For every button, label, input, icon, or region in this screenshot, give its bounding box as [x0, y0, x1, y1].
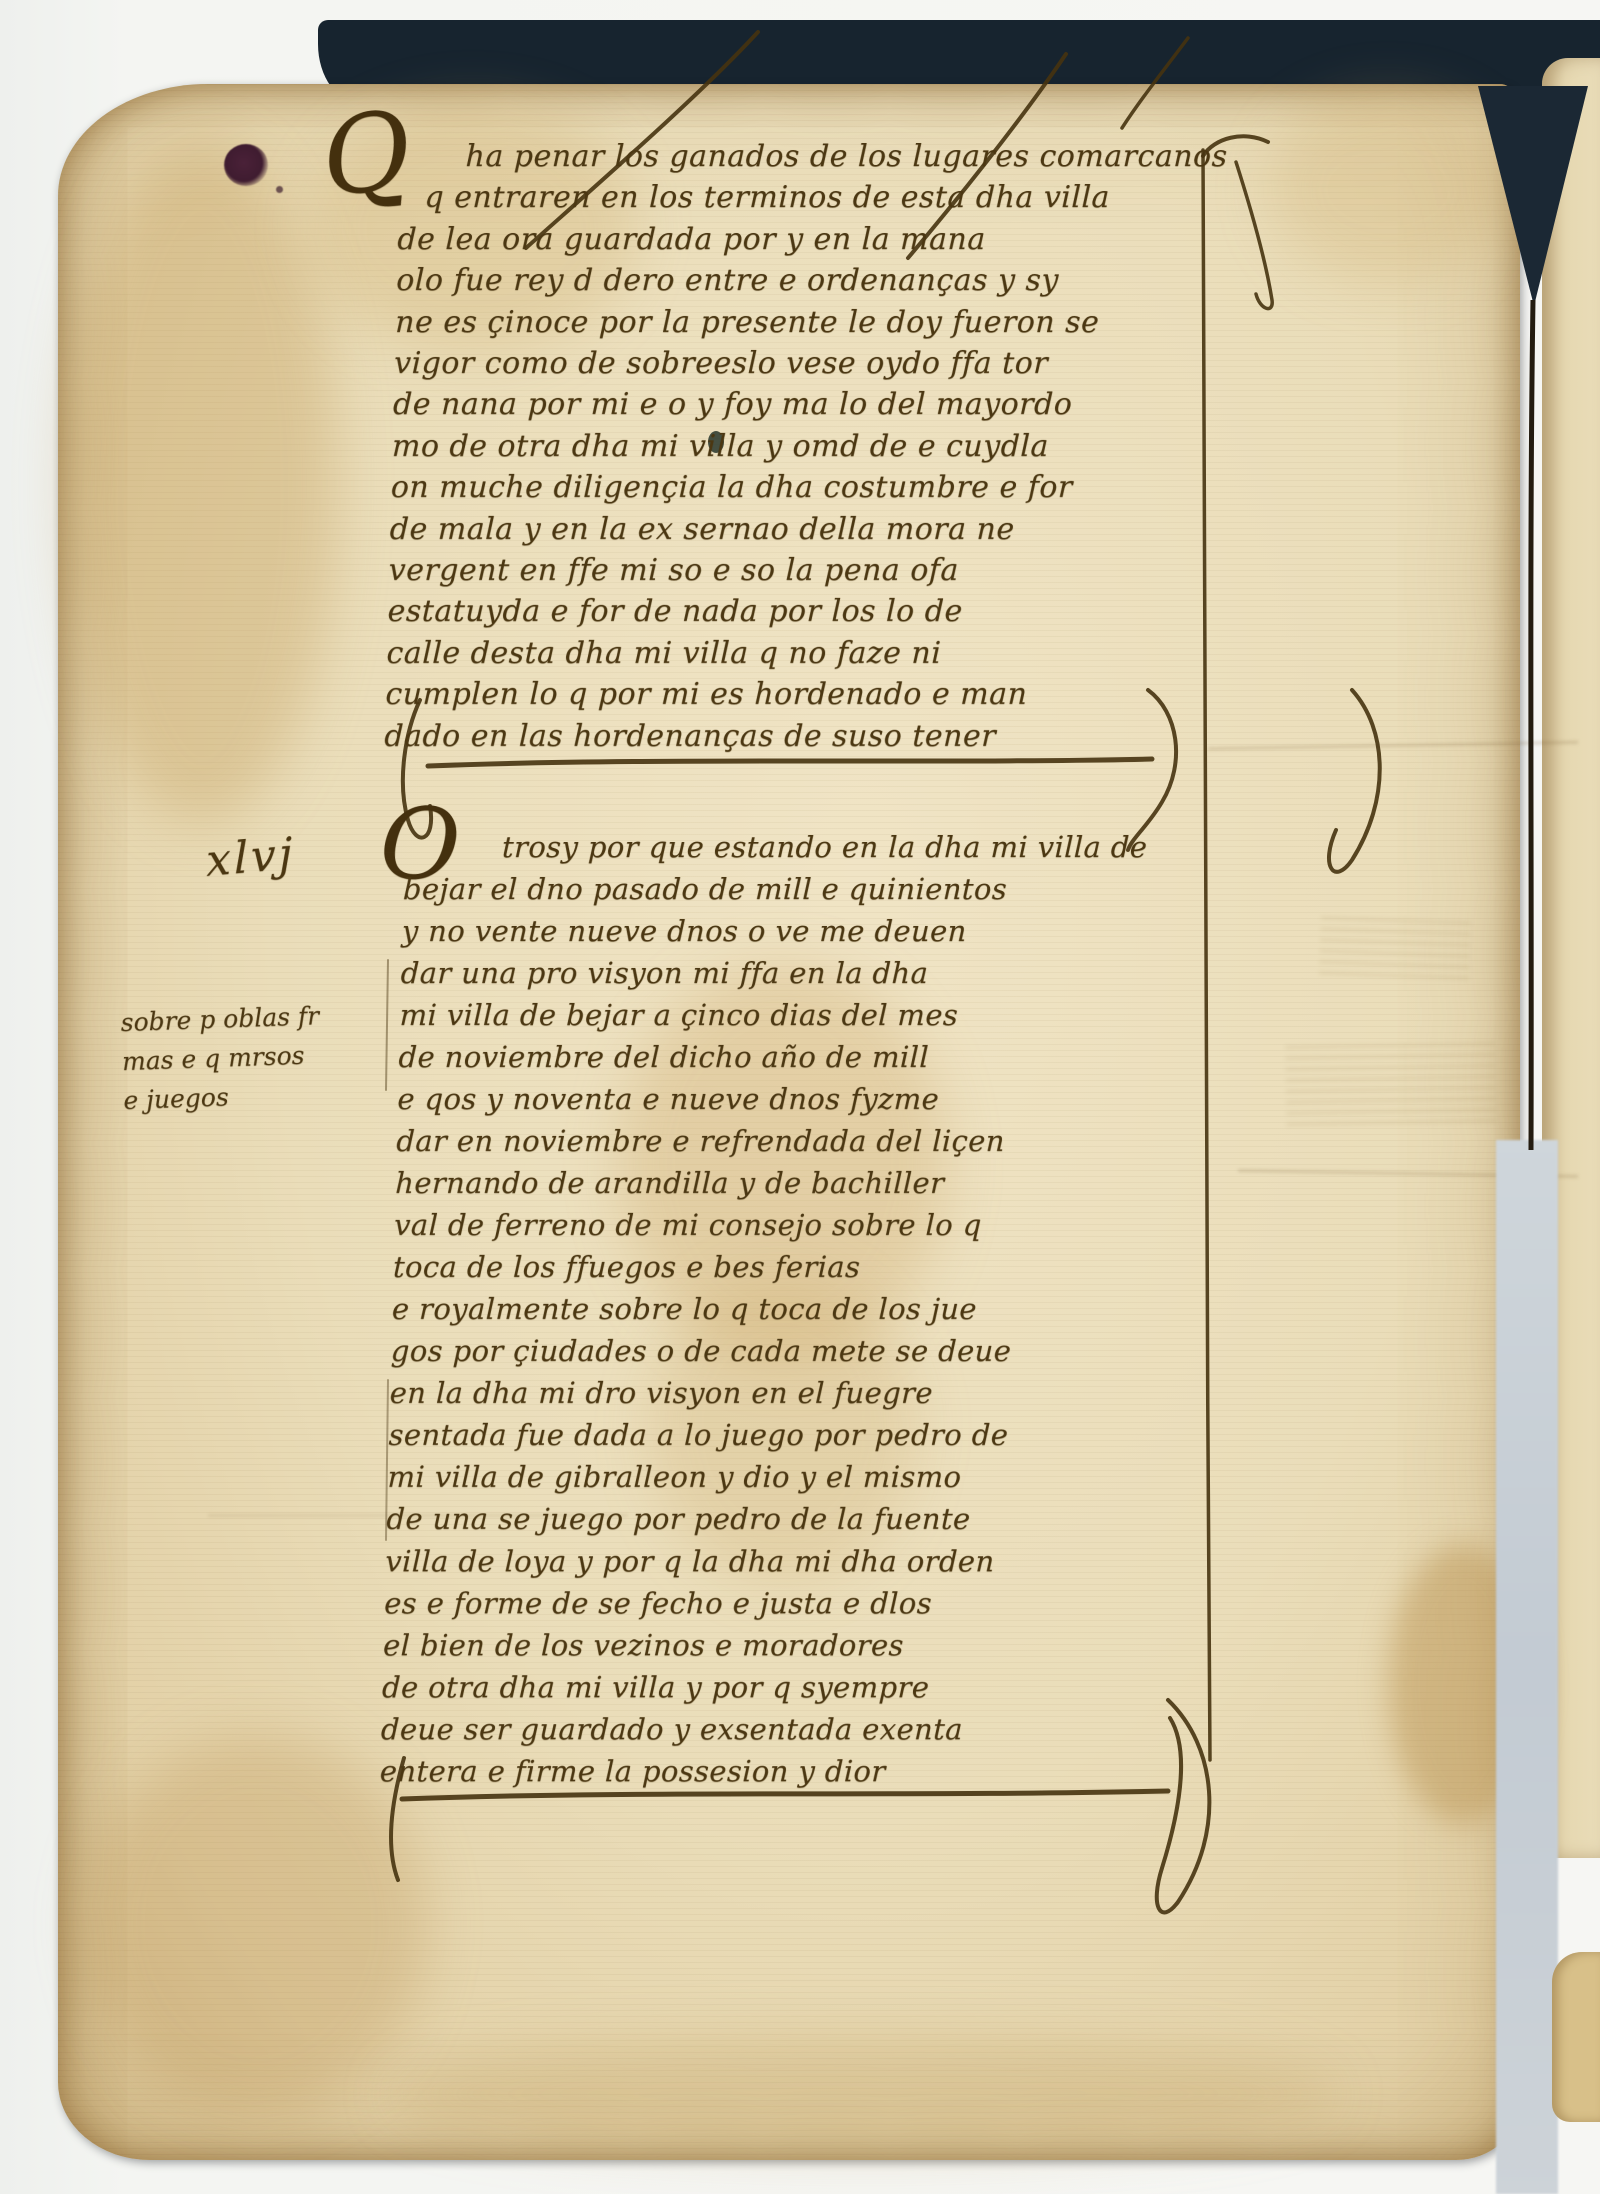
- text-line: de nana por mi e o y foy ma lo del mayor…: [393, 384, 1222, 425]
- gutter-gap: [1496, 1140, 1558, 2194]
- text-line: el bien de los vezinos e moradores: [383, 1624, 1127, 1666]
- text-line: ne es çinoce por la presente le doy fuer…: [395, 302, 1224, 343]
- text-line: de otra dha mi villa y por q syempre: [382, 1666, 1126, 1708]
- stain: [68, 144, 338, 824]
- text-line: gos por çiudades o de cada mete se deue: [390, 1330, 1134, 1372]
- text-line: es e forme de se fecho e justa e dlos: [384, 1582, 1128, 1624]
- text-line: hernando de arandilla y de bachiller: [395, 1162, 1139, 1204]
- text-line: deue ser guardado y exsentada exenta: [380, 1708, 1124, 1750]
- text-line: sentada fue dada a lo juego por pedro de: [388, 1414, 1132, 1456]
- next-folio-torn-fragment: [1552, 1952, 1600, 2122]
- text-line: entera e firme la possesion y dior: [379, 1750, 1123, 1792]
- text-line: vergent en ffe mi so e so la pena ofa: [388, 550, 1217, 591]
- text-line: de una se juego por pedro de la fuente: [386, 1498, 1130, 1540]
- text-line: mi villa de gibralleon y dio y el mismo: [387, 1456, 1131, 1498]
- text-line: toca de los ffuegos e bes ferias: [393, 1246, 1137, 1288]
- stain: [88, 1734, 428, 2114]
- text-line: dar una pro visyon mi ffa en la dha: [400, 952, 1144, 994]
- text-line: ha penar los ganados de los lugares coma…: [465, 136, 1228, 177]
- stain: [1268, 94, 1508, 284]
- text-line: on muche diligençia la dha costumbre e f…: [390, 467, 1219, 508]
- text-line: de lea ora guardada por y en la mana: [397, 219, 1226, 260]
- text-line: estatuyda e for de nada por los lo de: [387, 591, 1216, 632]
- text-line: cumplen lo q por mi es hordenado e man: [385, 674, 1214, 715]
- text-line: val de ferreno de mi consejo sobre lo q: [394, 1204, 1138, 1246]
- paper-crease: [1208, 741, 1578, 750]
- text-line: de noviembre del dicho año de mill: [398, 1036, 1142, 1078]
- ink-blot-stain: [224, 144, 268, 186]
- text-line: mo de otra dha mi villa y omd de e cuydl…: [391, 426, 1220, 467]
- text-line: de mala y en la ex sernao della mora ne: [389, 509, 1218, 550]
- text-line: y no vente nueve dnos o ve me deuen: [401, 910, 1145, 952]
- text-line: dar en noviembre e refrendada del liçen: [396, 1120, 1140, 1162]
- text-line: dado en las hordenanças de suso tener: [384, 716, 1213, 757]
- text-line: olo fue rey d dero entre e ordenanças y …: [396, 260, 1225, 301]
- text-line: e qos y noventa e nueve dnos fyzme: [397, 1078, 1141, 1120]
- bleed-through-text: [1319, 916, 1471, 983]
- margin-folio-number: xlvj: [206, 828, 296, 887]
- scanned-manuscript-photo: Q ha penar los ganados de los lugares co…: [0, 0, 1600, 2194]
- text-line: mi villa de bejar a çinco dias del mes: [399, 994, 1143, 1036]
- gutter-seam: [1531, 300, 1533, 1150]
- text-line: q entraren en los terminos de esta dha v…: [424, 177, 1227, 218]
- bleed-through-text: [1285, 1042, 1496, 1130]
- text-block-1: ha penar los ganados de los lugares coma…: [384, 136, 1228, 757]
- text-line: villa de loya y por q la dha mi dha orde…: [385, 1540, 1129, 1582]
- text-block-2: trosy por que estando en la dha mi villa…: [379, 826, 1148, 1792]
- margin-note: sobre p oblas frmas e q mrsose juegos: [120, 993, 414, 1120]
- text-line: bejar el dno pasado de mill e quinientos: [402, 868, 1146, 910]
- text-line: e royalmente sobre lo q toca de los jue: [391, 1288, 1135, 1330]
- text-line: en la dha mi dro visyon en el fuegre: [389, 1372, 1133, 1414]
- stain: [388, 2034, 1338, 2154]
- text-line: vigor como de sobreeslo vese oydo ffa to…: [394, 343, 1223, 384]
- text-line: trosy por que estando en la dha mi villa…: [502, 826, 1148, 868]
- text-line: calle desta dha mi villa q no faze ni: [386, 633, 1215, 674]
